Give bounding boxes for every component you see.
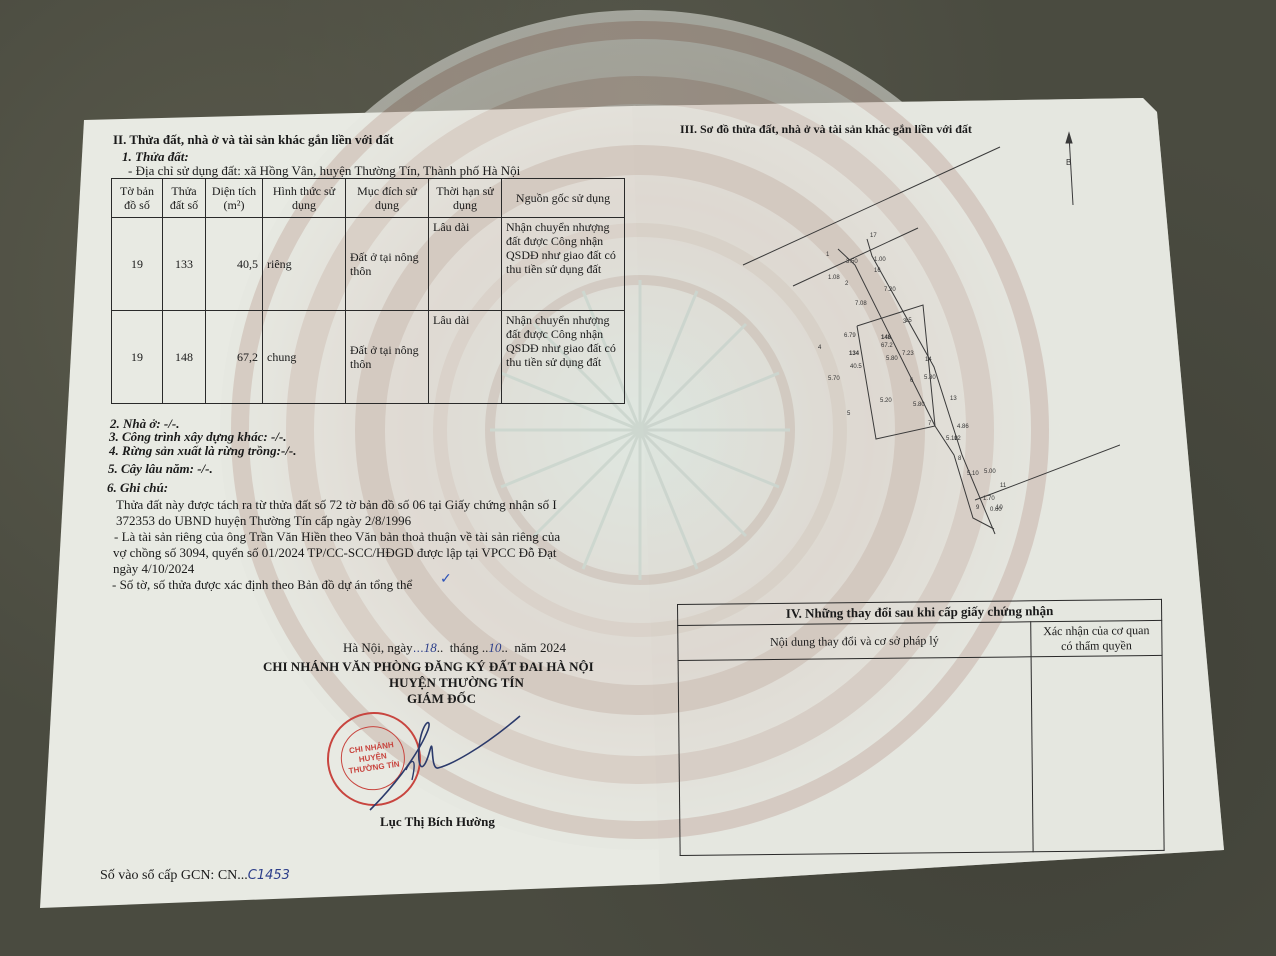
date-month-label: tháng: [450, 640, 479, 655]
registry-value: C1453: [248, 868, 290, 883]
issuing-org: CHI NHÁNH VĂN PHÒNG ĐĂNG KÝ ĐẤT ĐAI HÀ N…: [263, 659, 594, 675]
cell-usage-form: riêng: [263, 218, 346, 311]
svg-text:7.08: 7.08: [855, 301, 867, 307]
svg-text:1.08: 1.08: [828, 275, 840, 281]
svg-text:7.20: 7.20: [884, 287, 896, 293]
note-line: ngày 4/10/2024: [113, 561, 194, 577]
change-content-cell: [678, 657, 1033, 856]
cell-origin: Nhận chuyển nhượng đất được Công nhận QS…: [502, 311, 625, 404]
planted-forest-line: 4. Rừng sản xuất là rừng trồng:-/-.: [109, 443, 297, 459]
svg-text:6.79: 6.79: [844, 333, 856, 339]
col-usage-form: Hình thức sử dụng: [263, 179, 346, 218]
cell-map-sheet: 19: [112, 311, 163, 404]
issuing-district: HUYỆN THƯỜNG TÍN: [389, 675, 524, 691]
note-line: - Là tài sản riêng của ông Trần Văn Hiền…: [114, 529, 560, 545]
signer-position: GIÁM ĐỐC: [407, 691, 476, 707]
date-month: 10: [488, 640, 501, 655]
svg-text:1.00: 1.00: [874, 257, 886, 263]
note-line: 372353 do UBND huyện Thường Tín cấp ngày…: [116, 513, 411, 529]
cell-purpose: Đất ở tại nông thôn: [346, 218, 429, 311]
svg-text:134: 134: [849, 351, 860, 357]
perennial-trees-line: 5. Cây lâu năm: -/-.: [108, 461, 213, 477]
authority-confirmation-cell: [1031, 655, 1164, 851]
svg-text:1.70: 1.70: [983, 496, 995, 502]
check-mark-icon: ✓: [440, 571, 452, 588]
svg-text:15: 15: [905, 318, 912, 324]
notes-heading: 6. Ghi chú:: [107, 480, 168, 496]
plot-diagram: 17 1 3.50 1.00 16 2 1.08 7.08 7.20 3 15 …: [700, 125, 1120, 545]
table-row: 19 148 67,2 chung Đất ở tại nông thôn Lâ…: [112, 311, 625, 404]
svg-text:16: 16: [874, 268, 881, 274]
changes-table: IV. Những thay đổi sau khi cấp giấy chứn…: [677, 599, 1165, 856]
svg-text:5.20: 5.20: [880, 398, 892, 404]
note-line: - Số tờ, số thửa được xác định theo Bản …: [112, 577, 412, 593]
cell-area: 40,5: [206, 218, 263, 311]
signature-scribble: [360, 710, 530, 820]
col-term: Thời hạn sử dụng: [429, 179, 502, 218]
col-change-content: Nội dung thay đổi và cơ sở pháp lý: [678, 622, 1031, 661]
svg-text:1: 1: [826, 252, 830, 258]
note-line: Thửa đất này được tách ra từ thửa đất số…: [116, 497, 557, 513]
svg-text:9: 9: [976, 505, 980, 511]
svg-text:4.86: 4.86: [957, 424, 969, 430]
cell-origin: Nhận chuyển nhượng đất được Công nhận QS…: [502, 218, 625, 311]
col-map-sheet: Tờ bản đồ số: [112, 179, 163, 218]
svg-text:7.23: 7.23: [902, 351, 914, 357]
section2-title: II. Thửa đất, nhà ở và tài sản khác gắn …: [113, 132, 394, 148]
note-line: vợ chồng số 3094, quyển số 01/2024 TP/CC…: [113, 545, 557, 561]
svg-text:40.5: 40.5: [850, 364, 862, 370]
cell-parcel-no: 148: [163, 311, 206, 404]
table-row: 19 133 40,5 riêng Đất ở tại nông thôn Lâ…: [112, 218, 625, 311]
col-authority-confirmation: Xác nhận của cơ quan có thẩm quyền: [1031, 620, 1162, 656]
signer-name: Lục Thị Bích Hường: [380, 814, 495, 830]
col-area: Diện tích (m²): [206, 179, 263, 218]
cell-term: Lâu dài: [429, 311, 502, 404]
svg-text:10: 10: [996, 505, 1003, 511]
svg-text:12: 12: [954, 436, 961, 442]
svg-text:11: 11: [1000, 483, 1007, 489]
svg-text:13: 13: [950, 396, 957, 402]
date-prefix: Hà Nội, ngày: [343, 640, 413, 655]
signing-date: Hà Nội, ngày…18.. tháng ..10.. năm 2024: [343, 640, 566, 656]
svg-text:5: 5: [847, 411, 851, 417]
cell-term: Lâu dài: [429, 218, 502, 311]
date-day: 18: [424, 640, 437, 655]
svg-text:5.10: 5.10: [967, 471, 979, 477]
cell-area: 67,2: [206, 311, 263, 404]
svg-text:5.80: 5.80: [913, 402, 925, 408]
svg-text:17: 17: [870, 233, 877, 239]
svg-text:4: 4: [818, 345, 822, 351]
svg-text:67.2: 67.2: [881, 343, 893, 349]
registry-label: Số vào sổ cấp GCN: CN...: [100, 868, 248, 883]
north-arrow-icon: [1069, 135, 1073, 205]
svg-text:7: 7: [928, 421, 932, 427]
svg-text:B: B: [1066, 158, 1071, 167]
svg-text:8: 8: [958, 456, 962, 462]
svg-text:2: 2: [845, 281, 849, 287]
col-parcel-no: Thửa đất số: [163, 179, 206, 218]
date-year: năm 2024: [514, 640, 566, 655]
cell-parcel-no: 133: [163, 218, 206, 311]
certificate-document: II. Thửa đất, nhà ở và tài sản khác gắn …: [0, 0, 1276, 956]
svg-text:3.50: 3.50: [846, 259, 858, 265]
registry-number: Số vào sổ cấp GCN: CN...C1453: [100, 868, 290, 884]
svg-text:14: 14: [925, 357, 932, 363]
svg-text:148: 148: [881, 335, 892, 341]
svg-text:5.70: 5.70: [828, 376, 840, 382]
col-origin: Nguồn gốc sử dụng: [502, 179, 625, 218]
cell-map-sheet: 19: [112, 218, 163, 311]
cell-usage-form: chung: [263, 311, 346, 404]
land-address: - Địa chỉ sử dụng đất: xã Hồng Vân, huyệ…: [128, 163, 520, 179]
svg-text:5.00: 5.00: [984, 469, 996, 475]
col-purpose: Mục đích sử dụng: [346, 179, 429, 218]
cell-purpose: Đất ở tại nông thôn: [346, 311, 429, 404]
svg-text:5.80: 5.80: [886, 356, 898, 362]
svg-text:5.80: 5.80: [924, 375, 936, 381]
parcel-table: Tờ bản đồ số Thửa đất số Diện tích (m²) …: [111, 178, 625, 404]
